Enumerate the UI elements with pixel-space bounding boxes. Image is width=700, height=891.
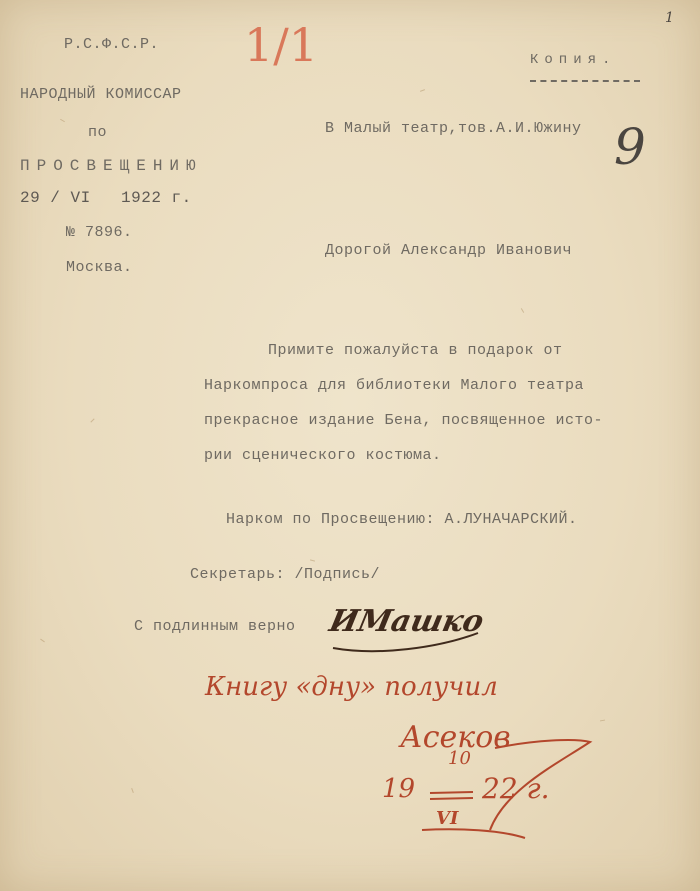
body-line-3: прекрасное издание Бена, посвященное ист… <box>204 412 603 429</box>
letterhead-republic: Р.С.Ф.С.Р. <box>64 36 159 53</box>
letterhead-po: по <box>88 124 107 141</box>
paper-fiber <box>131 788 134 793</box>
body-line-2: Наркомпроса для библиотеки Малого театра <box>204 377 584 394</box>
receipt-date-year-prefix: 19 <box>382 774 415 804</box>
body-line-4: рии сценического костюма. <box>204 447 442 464</box>
letter-city: Москва. <box>66 259 133 276</box>
receipt-date-day: 10 <box>448 748 471 769</box>
body-line-1: Примите пожалуйста в подарок от <box>268 342 563 359</box>
letter-number: № 7896. <box>66 224 133 241</box>
paper-fiber <box>310 559 315 561</box>
sheet-number: 9 <box>614 118 646 176</box>
commissar-signature-line: Нарком по Просвещению: А.ЛУНАЧАРСКИЙ. <box>226 511 578 528</box>
signature-flourish <box>328 628 488 658</box>
greeting-line: Дорогой Александр Иванович <box>325 242 572 259</box>
addressee-line: В Малый театр,тов.А.И.Южину <box>325 120 582 137</box>
paper-fiber <box>90 418 94 422</box>
letter-date: 29 / VI 1922 г. <box>20 189 192 207</box>
date-underline <box>420 826 530 846</box>
certified-line: С подлинным верно <box>134 618 296 635</box>
red-pencil-mark: 1/1 <box>244 18 318 72</box>
paper-fiber <box>40 639 45 643</box>
corner-page-number: 1 <box>665 10 674 26</box>
paper-fiber <box>60 119 65 122</box>
letterhead-education: ПРОСВЕЩЕНИЮ <box>20 157 203 175</box>
paper-fiber <box>420 89 425 92</box>
date-fraction-lines <box>428 790 478 804</box>
scanned-letter-page: Р.С.Ф.С.Р. НАРОДНЫЙ КОМИССАР по ПРОСВЕЩЕ… <box>0 0 700 891</box>
receipt-date-year-suffix: 22 г. <box>482 772 550 805</box>
secretary-line: Секретарь: /Подпись/ <box>190 566 380 583</box>
letterhead-commissar: НАРОДНЫЙ КОМИССАР <box>20 86 182 103</box>
receipt-note: Книгу «дну» получил <box>205 672 498 702</box>
copy-underline <box>530 80 640 82</box>
copy-mark: Копия. <box>530 52 616 68</box>
paper-fiber <box>521 308 524 313</box>
